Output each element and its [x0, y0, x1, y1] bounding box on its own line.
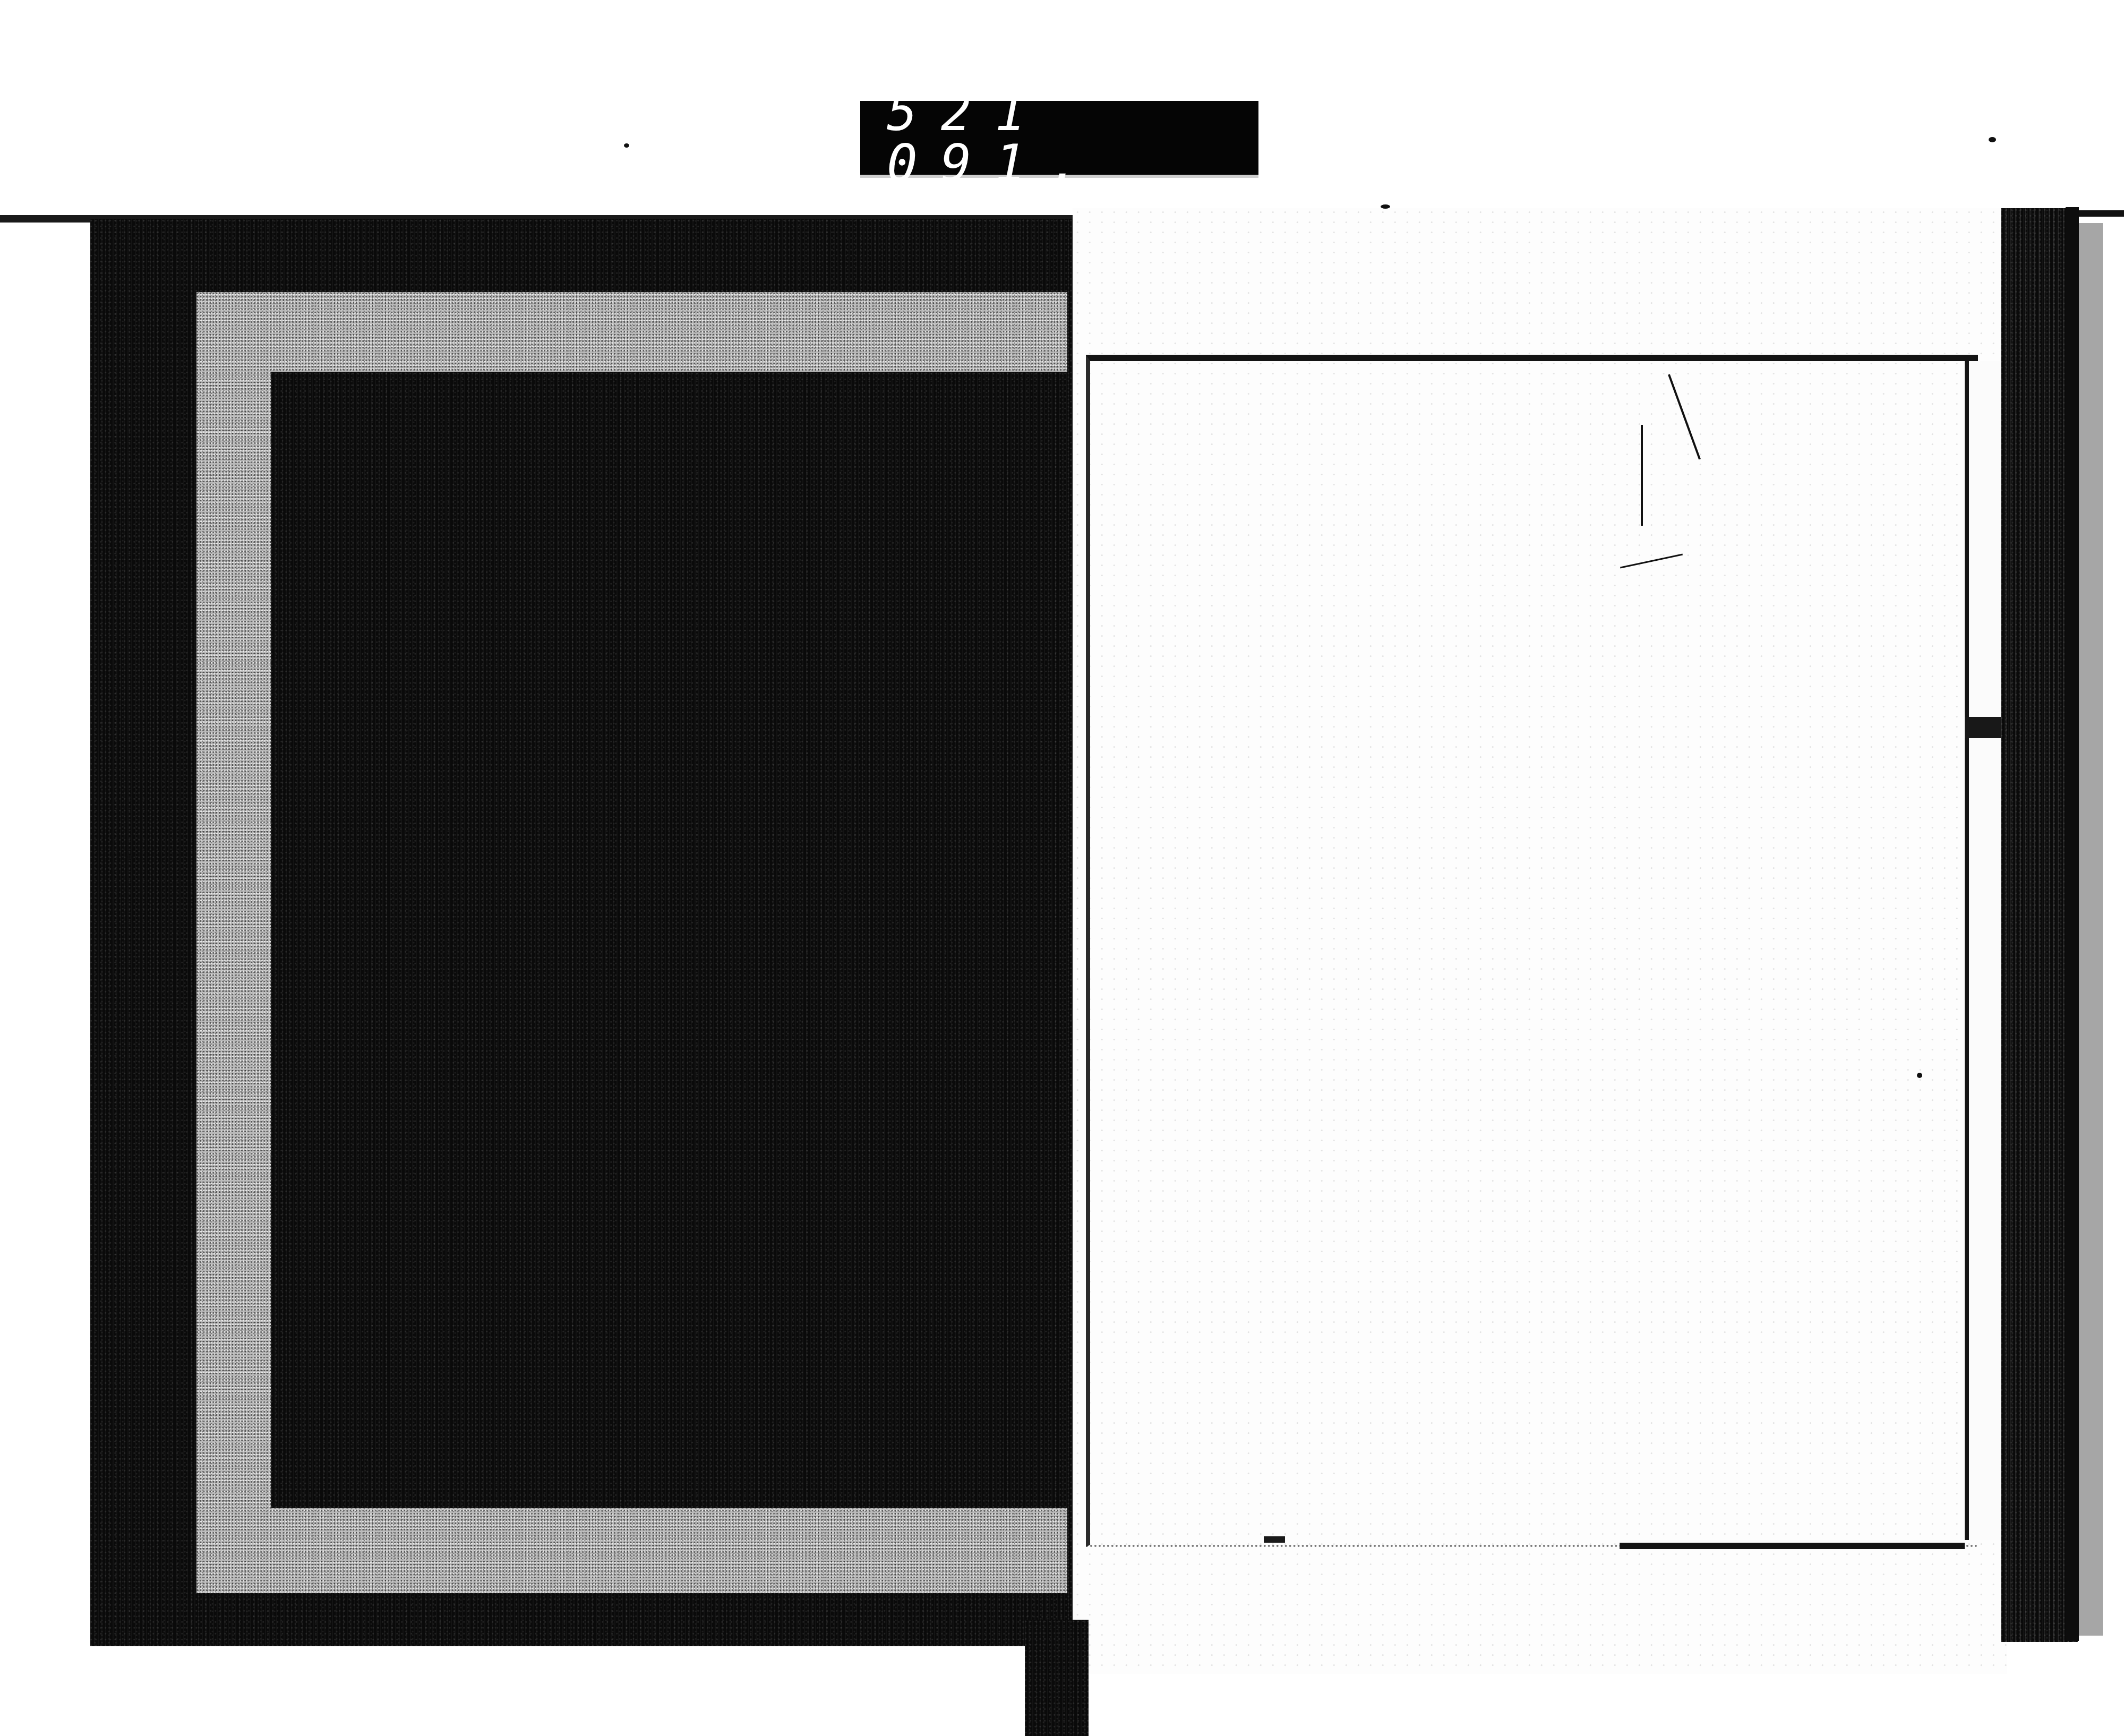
dust-speck — [127, 855, 132, 859]
right-edge-strip — [2066, 207, 2079, 1641]
scratch-mark — [1641, 425, 1643, 526]
dust-speck — [624, 143, 629, 148]
page-frame-bottom-rule — [1620, 1543, 1965, 1549]
dust-speck — [1917, 1073, 1922, 1078]
left-cover-inner-panel — [271, 372, 1067, 1508]
left-cover-bottom-edge — [90, 1614, 1035, 1646]
page-frame-bottom-mark — [1264, 1536, 1285, 1543]
bleed-through-text — [1102, 372, 1208, 1328]
title-strip-text — [1967, 372, 1999, 1529]
page-print-frame — [1086, 355, 1978, 1547]
dust-speck — [1989, 137, 1996, 142]
frame-counter-label: 521 091. — [860, 101, 1258, 178]
spine-shadow — [1025, 1620, 1089, 1736]
frame-counter-number: 521 091. — [887, 87, 1237, 189]
dust-speck — [1381, 204, 1390, 209]
